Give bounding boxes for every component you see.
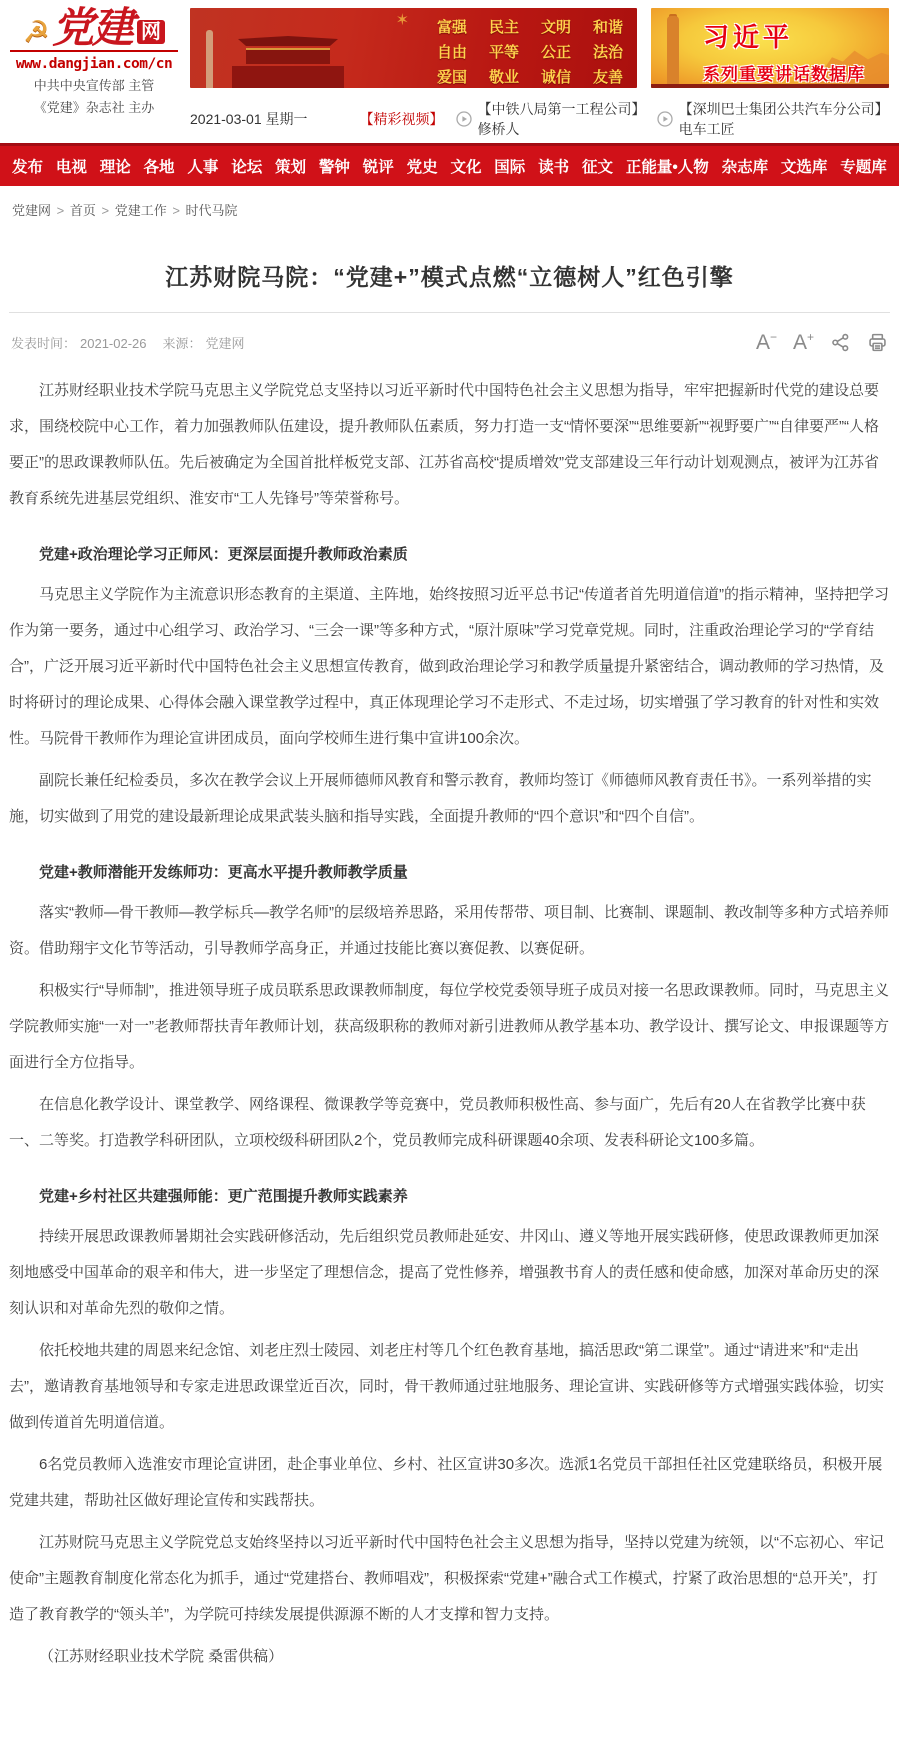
speech-database-banner[interactable]: 习近平 系列重要讲话数据库: [651, 8, 889, 88]
article-tools: A− A+: [756, 331, 888, 353]
core-values-grid: 富强民主文明和谐自由平等公正法治爱国敬业诚信友善: [437, 16, 623, 87]
video-link[interactable]: 【中铁八局第一工程公司】修桥人: [456, 99, 643, 139]
core-value-word: 爱国: [437, 66, 467, 87]
section-heading: 党建+政治理论学习正师风：更深层面提升教师政治素质: [9, 537, 890, 573]
source-value: 党建网: [206, 336, 245, 351]
article-paragraph: 6名党员教师入选淮安市理论宣讲团，赴企事业单位、乡村、社区宣讲30多次。选派1名…: [9, 1447, 890, 1519]
article-paragraph: 在信息化教学设计、课堂教学、网络课程、微课教学等竞赛中，党员教师积极性高、参与面…: [9, 1087, 890, 1159]
article-paragraph: 江苏财院马克思主义学院党总支始终坚持以习近平新时代中国特色社会主义思想为指导，坚…: [9, 1525, 890, 1633]
core-values-banner[interactable]: ✶ ✶ 富强民主文明和谐自由平等公正法治爱国敬业诚信友善: [190, 8, 637, 88]
video-title[interactable]: 【中铁八局第一工程公司】修桥人: [478, 99, 643, 139]
article-title: 江苏财院马院：“党建+”模式点燃“立德树人”红色引擎: [9, 259, 890, 292]
breadcrumb-item[interactable]: 党建网: [12, 203, 51, 218]
nav-item[interactable]: 锐评: [363, 155, 394, 177]
core-value-word: 自由: [437, 41, 467, 62]
font-increase-button[interactable]: A+: [793, 331, 814, 353]
core-value-word: 友善: [593, 66, 623, 87]
firework-icon: ✶: [396, 10, 409, 30]
font-decrease-button[interactable]: A−: [756, 331, 777, 353]
huabiao-pillar-shape: [667, 16, 679, 88]
main-nav: 发布电视理论各地人事论坛策划警钟锐评党史文化国际读书征文正能量•人物杂志库文选库…: [0, 143, 899, 186]
core-value-word: 和谐: [593, 16, 623, 37]
banner-bottom-strip: [651, 84, 889, 88]
video-section-label[interactable]: 【精彩视频】: [360, 109, 444, 129]
site-logo[interactable]: ☭ 党建 网 www.dangjian.com/cn 中共中央宣传部 主管 《党…: [10, 8, 178, 117]
video-link[interactable]: 【深圳巴士集团公共汽车分公司】电车工匠: [657, 99, 889, 139]
source-label: 来源：: [163, 336, 202, 351]
core-value-word: 公正: [541, 41, 571, 62]
breadcrumb-separator: >: [53, 203, 68, 218]
logo-organizer: 《党建》杂志社 主办: [10, 99, 178, 117]
breadcrumb-item[interactable]: 党建工作: [115, 203, 167, 218]
logo-supervisor: 中共中央宣传部 主管: [10, 77, 178, 95]
logo-name-suffix: 网: [137, 20, 165, 44]
article-paragraph: 落实“教师—骨干教师—教学标兵—教学名师”的层级培养思路，采用传帮带、项目制、比…: [9, 895, 890, 967]
database-banner-line2: 系列重要讲话数据库: [703, 60, 865, 85]
breadcrumb: 党建网 > 首页 > 党建工作 > 时代马院: [0, 186, 899, 229]
article-body: 江苏财经职业技术学院马克思主义学院党总支坚持以习近平新时代中国特色社会主义思想为…: [9, 373, 890, 1675]
nav-item[interactable]: 文选库: [781, 155, 828, 177]
nav-item[interactable]: 发布: [12, 155, 43, 177]
article-paragraph: 副院长兼任纪检委员，多次在教学会议上开展师德师风教育和警示教育，教师均签订《师德…: [9, 763, 890, 835]
huabiao-pillar-shape: [206, 30, 213, 88]
article-meta-left: 发表时间：2021-02-26来源：党建网: [11, 333, 249, 352]
nav-item[interactable]: 杂志库: [722, 155, 769, 177]
nav-item[interactable]: 人事: [187, 155, 218, 177]
nav-item[interactable]: 论坛: [231, 155, 262, 177]
article-paragraph: （江苏财经职业技术学院 桑雷供稿）: [9, 1639, 890, 1675]
nav-item[interactable]: 文化: [450, 155, 481, 177]
core-value-word: 诚信: [541, 66, 571, 87]
core-value-word: 民主: [489, 16, 519, 37]
publish-time-label: 发表时间：: [11, 336, 76, 351]
nav-item[interactable]: 党史: [407, 155, 438, 177]
section-heading: 党建+教师潜能开发练师功：更高水平提升教师教学质量: [9, 855, 890, 891]
date-bar: 2021-03-01 星期一 【精彩视频】 【中铁八局第一工程公司】修桥人 【深…: [190, 99, 889, 139]
database-banner-line1: 习近平: [703, 17, 865, 54]
article-paragraph: 持续开展思政课教师暑期社会实践研修活动，先后组织党员教师赴延安、井冈山、遵义等地…: [9, 1219, 890, 1327]
nav-item[interactable]: 读书: [538, 155, 569, 177]
party-emblem-icon: ☭: [23, 18, 50, 48]
printer-icon[interactable]: [867, 332, 888, 353]
video-links: 【中铁八局第一工程公司】修桥人 【深圳巴士集团公共汽车分公司】电车工匠: [456, 99, 889, 139]
breadcrumb-item[interactable]: 时代马院: [186, 203, 238, 218]
nav-item[interactable]: 电视: [56, 155, 87, 177]
share-icon[interactable]: [830, 332, 851, 353]
nav-item[interactable]: 理论: [100, 155, 131, 177]
core-value-word: 敬业: [489, 66, 519, 87]
current-date: 2021-03-01 星期一: [190, 109, 308, 129]
video-title[interactable]: 【深圳巴士集团公共汽车分公司】电车工匠: [679, 99, 889, 139]
article-paragraph: 江苏财经职业技术学院马克思主义学院党总支坚持以习近平新时代中国特色社会主义思想为…: [9, 373, 890, 517]
nav-item[interactable]: 征文: [582, 155, 613, 177]
play-icon[interactable]: [657, 111, 673, 127]
nav-item[interactable]: 国际: [494, 155, 525, 177]
section-heading: 党建+乡村社区共建强师能：更广范围提升教师实践素养: [9, 1179, 890, 1215]
core-value-word: 文明: [541, 16, 571, 37]
core-value-word: 法治: [593, 41, 623, 62]
nav-item[interactable]: 各地: [144, 155, 175, 177]
nav-item[interactable]: 策划: [275, 155, 306, 177]
article-paragraph: 依托校地共建的周恩来纪念馆、刘老庄烈士陵园、刘老庄村等几个红色教育基地，搞活思政…: [9, 1333, 890, 1441]
play-icon[interactable]: [456, 111, 472, 127]
breadcrumb-separator: >: [98, 203, 113, 218]
core-value-word: 平等: [489, 41, 519, 62]
publish-date: 2021-02-26: [80, 336, 147, 351]
article: 江苏财院马院：“党建+”模式点燃“立德树人”红色引擎 发表时间：2021-02-…: [0, 259, 899, 1741]
nav-item[interactable]: 正能量•人物: [626, 155, 709, 177]
breadcrumb-separator: >: [169, 203, 184, 218]
core-value-word: 富强: [437, 16, 467, 37]
breadcrumb-item[interactable]: 首页: [70, 203, 96, 218]
article-paragraph: 马克思主义学院作为主流意识形态教育的主渠道、主阵地，始终按照习近平总书记“传道者…: [9, 577, 890, 757]
article-meta: 发表时间：2021-02-26来源：党建网 A− A+: [9, 313, 890, 361]
logo-name-calligraphy: 党建: [52, 8, 132, 48]
nav-item[interactable]: 警钟: [319, 155, 350, 177]
nav-item[interactable]: 专题库: [840, 155, 887, 177]
site-header: ☭ 党建 网 www.dangjian.com/cn 中共中央宣传部 主管 《党…: [0, 0, 899, 143]
tiananmen-silhouette: [228, 36, 348, 88]
site-url: www.dangjian.com/cn: [10, 56, 178, 72]
article-paragraph: 积极实行“导师制”，推进领导班子成员联系思政课教师制度，每位学校党委领导班子成员…: [9, 973, 890, 1081]
